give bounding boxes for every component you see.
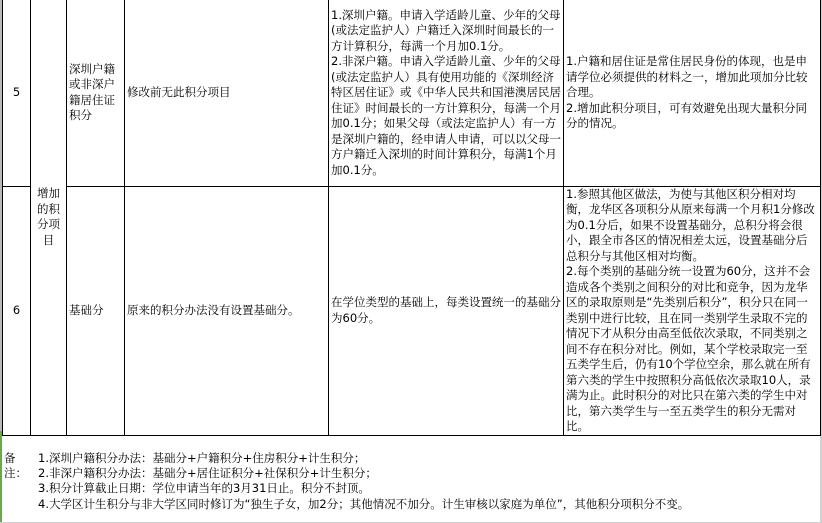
note-line: 2.非深户籍积分办法：基础分+居住证积分+社保积分+计生积分； bbox=[38, 466, 814, 481]
note-line: 4.大学区计生积分与非大学区同时修订为“独生子女，加2分；其他情况不加分。计生审… bbox=[38, 497, 814, 512]
notes-section[interactable]: 备注： 1.深圳户籍积分办法：基础分+户籍积分+住房积分+计生积分； 2.非深户… bbox=[4, 451, 814, 512]
category-cell[interactable]: 增加的积分项目 bbox=[31, 0, 67, 435]
row-number[interactable]: 6 bbox=[3, 186, 31, 435]
note-line: 1.深圳户籍积分办法：基础分+户籍积分+住房积分+计生积分； bbox=[38, 451, 814, 466]
reason-paragraph: 1.参照其他区做法，为使与其他区积分相对均衡，龙华区各项积分从原来每满一个月积1… bbox=[566, 187, 818, 265]
row-number[interactable]: 5 bbox=[3, 0, 31, 186]
after-paragraph: 在学位类型的基础上，每类设置统一的基础分为60分。 bbox=[331, 295, 561, 326]
item-name-cell[interactable]: 基础分 bbox=[67, 186, 125, 435]
after-revision-cell[interactable]: 在学位类型的基础上，每类设置统一的基础分为60分。 bbox=[329, 186, 564, 435]
after-paragraph: 2.非深户籍。申请入学适龄儿童、少年的父母(或法定监护人）具有使用功能的《深圳经… bbox=[331, 54, 561, 178]
reason-paragraph: 2.增加此积分项目，可有效避免出现大量积分同分的情况。 bbox=[566, 101, 818, 132]
reason-paragraph: 1.户籍和居住证是常住居民身份的体现，也是申请学位必须提供的材料之一，增加此项加… bbox=[566, 54, 818, 101]
before-revision-cell[interactable]: 修改前无此积分项目 bbox=[125, 0, 329, 186]
reason-paragraph: 2.每个类别的基础分统一设置为60分，这并不会造成各个类别之间积分的对比和竞争，… bbox=[566, 264, 818, 435]
category-label: 增加的积分项目 bbox=[34, 186, 64, 248]
points-revision-table: 5 增加的积分项目 深圳户籍或非深户籍居住证积分 修改前无此积分项目 1.深圳户… bbox=[2, 0, 821, 436]
note-line: 3.积分计算截止日期：学位申请当年的3月31日止。积分不封顶。 bbox=[38, 481, 814, 496]
table-row-6: 6 基础分 原来的积分办法没有设置基础分。 在学位类型的基础上，每类设置统一的基… bbox=[3, 186, 821, 435]
after-paragraph: 1.深圳户籍。申请入学适龄儿童、少年的父母(或法定监护人）户籍迁入深圳时间最长的… bbox=[331, 8, 561, 55]
item-name-cell[interactable]: 深圳户籍或非深户籍居住证积分 bbox=[67, 0, 125, 186]
table-row-5: 5 增加的积分项目 深圳户籍或非深户籍居住证积分 修改前无此积分项目 1.深圳户… bbox=[3, 0, 821, 186]
selection-edge bbox=[0, 431, 2, 523]
reason-cell[interactable]: 1.参照其他区做法，为使与其他区积分相对均衡，龙华区各项积分从原来每满一个月积1… bbox=[564, 186, 821, 435]
before-revision-cell[interactable]: 原来的积分办法没有设置基础分。 bbox=[125, 186, 329, 435]
reason-cell[interactable]: 1.户籍和居住证是常住居民身份的体现，也是申请学位必须提供的材料之一，增加此项加… bbox=[564, 0, 821, 186]
notes-label: 备注： bbox=[4, 451, 38, 512]
after-revision-cell[interactable]: 1.深圳户籍。申请入学适龄儿童、少年的父母(或法定监护人）户籍迁入深圳时间最长的… bbox=[329, 0, 564, 186]
